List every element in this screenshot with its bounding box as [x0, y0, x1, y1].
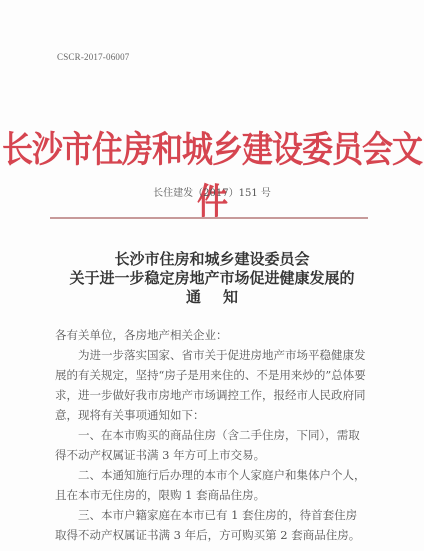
notice-title: 长沙市住房和城乡建设委员会 关于进一步稳定房地产市场促进健康发展的 通知	[0, 250, 424, 307]
paragraph-item-1: 一、在本市购买的商品住房（含二手住房，下同），需取得不动产权属证书满 3 年方可…	[55, 425, 367, 465]
document-header: 长沙市住房和城乡建设委员会文件	[0, 120, 424, 224]
document-number: 长住建发（2017）151 号	[0, 184, 424, 199]
notice-body: 各有关单位，各房地产相关企业： 为进一步落实国家、省市关于促进房地产市场平稳健康…	[55, 325, 367, 545]
header-divider	[50, 217, 368, 219]
salutation: 各有关单位，各房地产相关企业：	[55, 325, 367, 345]
document-code: CSCR-2017-06007	[57, 52, 130, 62]
title-line-2: 关于进一步稳定房地产市场促进健康发展的	[0, 269, 424, 288]
paragraph-intro: 为进一步落实国家、省市关于促进房地产市场平稳健康发展的有关规定，坚持“房子是用来…	[55, 345, 367, 425]
paragraph-item-3: 三、本市户籍家庭在本市已有 1 套住房的，待首套住房取得不动产权属证书满 3 年…	[55, 505, 367, 545]
paragraph-item-2: 二、本通知施行后办理的本市个人家庭户和集体户个人，且在本市无住房的，限购 1 套…	[55, 465, 367, 505]
title-line-1: 长沙市住房和城乡建设委员会	[0, 250, 424, 269]
title-line-3: 通知	[0, 288, 424, 307]
